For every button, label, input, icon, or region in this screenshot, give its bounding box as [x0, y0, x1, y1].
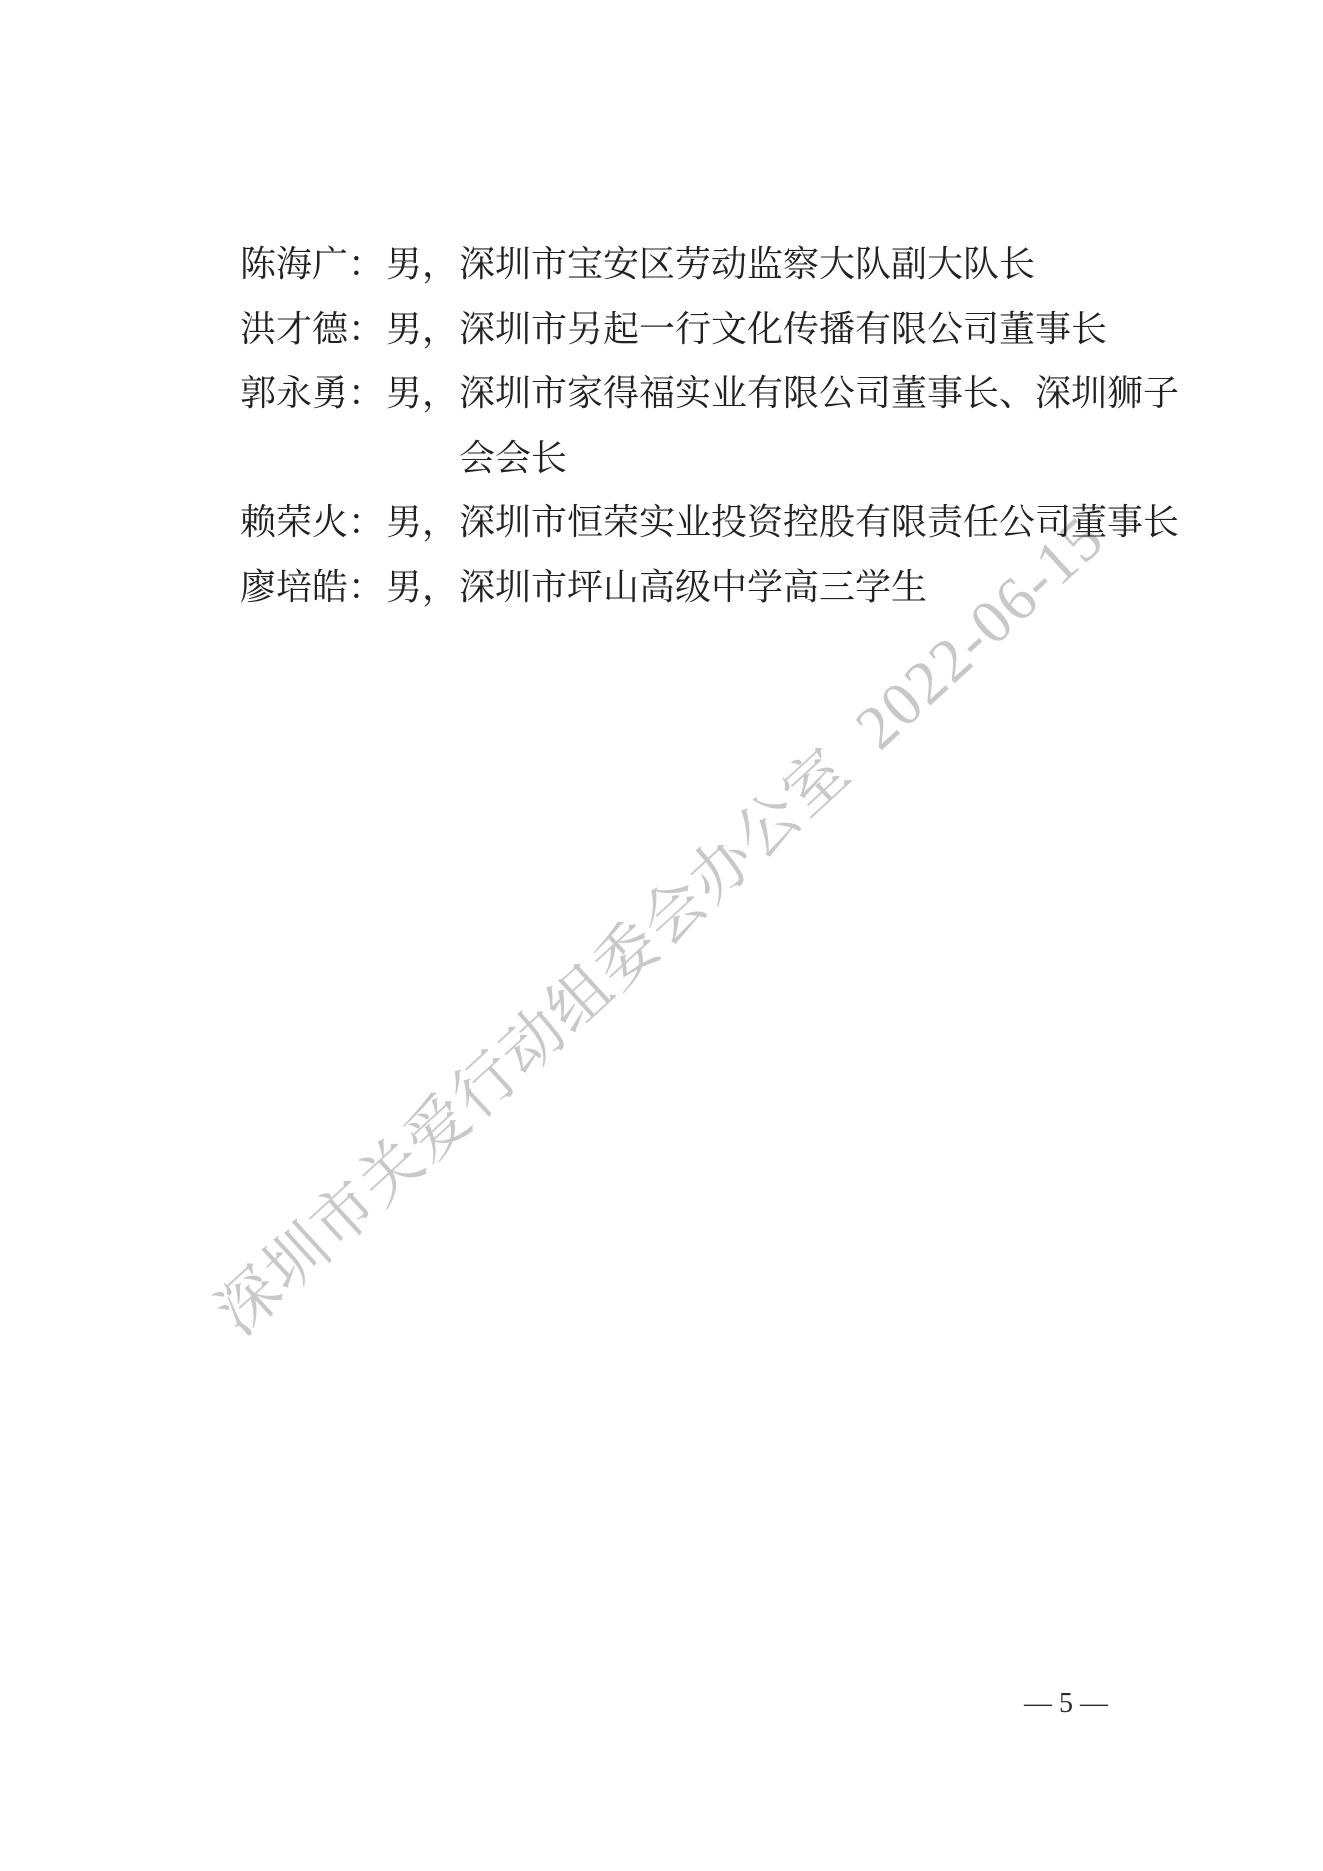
document-page: 深圳市关爱行动组委会办公室 2022-06-15 陈海广： 男， 深圳市宝安区劳…: [0, 0, 1323, 1871]
roster-entry: 洪才德： 男， 深圳市另起一行文化传播有限公司董事长: [240, 297, 1200, 362]
person-description: 深圳市恒荣实业投资控股有限责任公司董事长: [459, 490, 1200, 555]
roster-text-block: 陈海广： 男， 深圳市宝安区劳动监察大队副大队长 洪才德： 男， 深圳市另起一行…: [240, 232, 1200, 619]
person-gender: 男，: [386, 232, 459, 297]
person-name: 赖荣火：: [240, 490, 386, 555]
person-description: 深圳市坪山高级中学高三学生: [459, 555, 1200, 620]
person-name: 陈海广：: [240, 232, 386, 297]
person-gender: 男，: [386, 555, 459, 620]
person-name: 郭永勇：: [240, 361, 386, 426]
roster-entry: 郭永勇： 男， 深圳市家得福实业有限公司董事长、深圳狮子 会会长: [240, 361, 1200, 490]
person-gender: 男，: [386, 361, 459, 426]
roster-entry: 赖荣火： 男， 深圳市恒荣实业投资控股有限责任公司董事长: [240, 490, 1200, 555]
diagonal-watermark: 深圳市关爱行动组委会办公室 2022-06-15: [203, 503, 1118, 1349]
person-description: 深圳市另起一行文化传播有限公司董事长: [459, 297, 1200, 362]
roster-entry: 廖培皓： 男， 深圳市坪山高级中学高三学生: [240, 555, 1200, 620]
person-gender: 男，: [386, 490, 459, 555]
person-gender: 男，: [386, 297, 459, 362]
roster-entry: 陈海广： 男， 深圳市宝安区劳动监察大队副大队长: [240, 232, 1200, 297]
person-description: 深圳市宝安区劳动监察大队副大队长: [459, 232, 1200, 297]
person-name: 洪才德：: [240, 297, 386, 362]
person-name: 廖培皓：: [240, 555, 386, 620]
page-number: — 5 —: [1024, 1688, 1108, 1720]
person-description: 深圳市家得福实业有限公司董事长、深圳狮子 会会长: [459, 361, 1200, 490]
